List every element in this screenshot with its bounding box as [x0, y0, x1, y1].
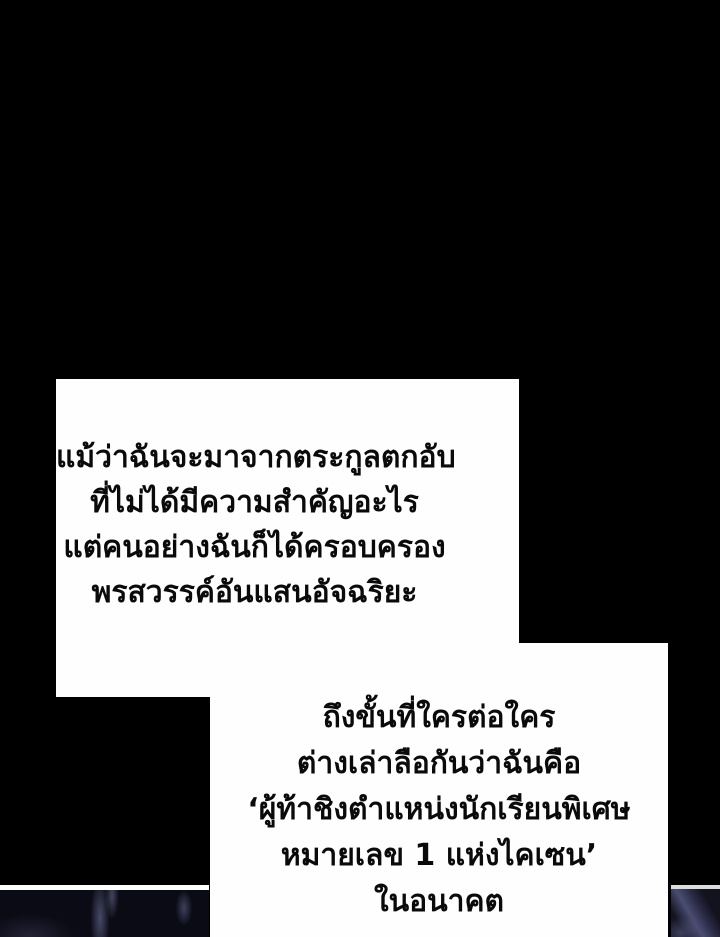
narration-box-2: ถึงขั้นที่ใครต่อใคร ต่างเล่าลือกันว่าฉัน…	[210, 643, 668, 937]
narration-line: ‘ผู้ท้าชิงตำแหน่งนักเรียนพิเศษ	[210, 787, 668, 833]
narration-line: ถึงขั้นที่ใครต่อใคร	[210, 695, 668, 741]
narration-line: ต่างเล่าลือกันว่าฉันคือ	[210, 741, 668, 787]
artwork-panel-bottom-right	[671, 889, 720, 937]
narration-line: พรสวรรค์อันแสนอัจฉริยะ	[56, 570, 453, 615]
narration-line: ที่ไม่ได้มีความสำคัญอะไร	[56, 480, 453, 525]
artwork-panel-bottom-left	[0, 890, 209, 937]
narration-line: แต่คนอย่างฉันก็ได้ครอบครอง	[56, 525, 453, 570]
narration-line: หมายเลข 1 แห่งไคเซน’	[210, 833, 668, 879]
narration-line: ในอนาคต	[210, 879, 668, 925]
narration-text-2: ถึงขั้นที่ใครต่อใคร ต่างเล่าลือกันว่าฉัน…	[210, 643, 668, 925]
webtoon-page: แม้ว่าฉันจะมาจากตระกูลตกอับ ที่ไม่ได้มีค…	[0, 0, 720, 937]
narration-text-1: แม้ว่าฉันจะมาจากตระกูลตกอับ ที่ไม่ได้มีค…	[56, 379, 519, 615]
narration-line: แม้ว่าฉันจะมาจากตระกูลตกอับ	[56, 435, 453, 480]
